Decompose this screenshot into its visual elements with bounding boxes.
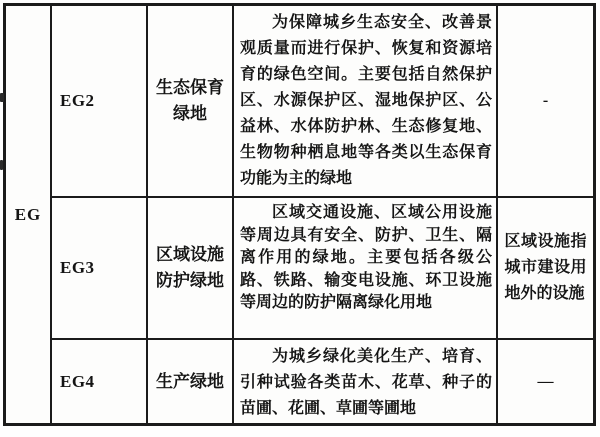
table-cell-description-eg2: 为保障城乡生态安全、改善景观质量而进行保护、恢复和资源培育的绿色空间。主要包括自… [234, 6, 496, 196]
table-cell-description-eg3: 区域交通设施、区域公用设施等周边具有安全、防护、卫生、隔离作用的绿地。主要包括各… [234, 198, 496, 338]
category-description: 为城乡绿化美化生产、培育、引种试验各类苗木、花草、种子的苗圃、花圃、草圃等圃地 [240, 344, 492, 422]
table-cell-code-eg3: EG3 [52, 198, 146, 338]
note-text: 区域设施指城市建设用地外的设施 [505, 229, 587, 307]
category-description: 区域交通设施、区域公用设施等周边具有安全、防护、卫生、隔离作用的绿地。主要包括各… [240, 202, 492, 315]
scan-artifact [0, 93, 4, 102]
table-cell-description-eg4: 为城乡绿化美化生产、培育、引种试验各类苗木、花草、种子的苗圃、花圃、草圃等圃地 [234, 340, 496, 423]
table-cell-note-eg3: 区域设施指城市建设用地外的设施 [498, 198, 593, 338]
table-cell-note-eg2: - [498, 6, 593, 196]
table-cell-note-eg4: — [498, 340, 593, 423]
category-name: 区域设施防护绿地 [154, 242, 226, 294]
scan-artifact [0, 160, 3, 170]
scanned-document-page: EG EG2 生态保育绿地 为保障城乡生态安全、改善景观质量而进行保护、恢复和资… [0, 0, 600, 437]
note-dash: - [543, 92, 548, 110]
table-cell-name-eg4: 生产绿地 [148, 340, 232, 423]
category-description: 为保障城乡生态安全、改善景观质量而进行保护、恢复和资源培育的绿色空间。主要包括自… [240, 10, 492, 192]
table-cell-code-eg4: EG4 [52, 340, 146, 423]
table-cell-code-eg2: EG2 [52, 6, 146, 196]
table-cell-name-eg2: 生态保育绿地 [148, 6, 232, 196]
category-name: 生态保育绿地 [154, 75, 226, 127]
category-name: 生产绿地 [156, 369, 224, 395]
note-dash: — [538, 373, 554, 391]
table-cell-name-eg3: 区域设施防护绿地 [148, 198, 232, 338]
green-space-classification-table: EG EG2 生态保育绿地 为保障城乡生态安全、改善景观质量而进行保护、恢复和资… [3, 3, 596, 426]
table-cell-group-code: EG [6, 6, 50, 423]
